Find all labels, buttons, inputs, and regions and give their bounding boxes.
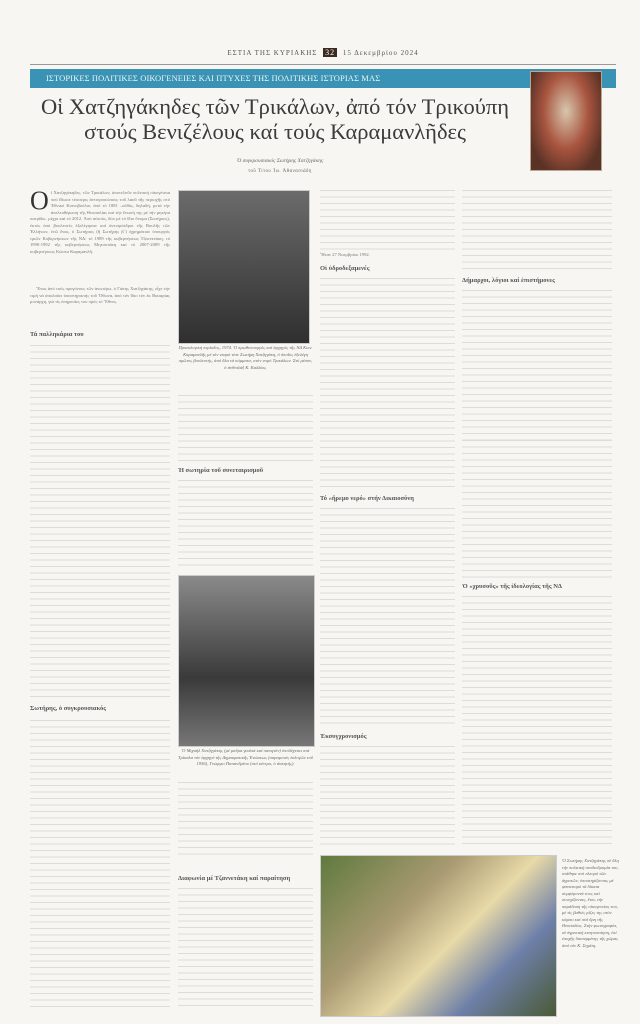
subhead-modernization: Ἐκσυγχρονισμός xyxy=(320,734,455,741)
photo-1956 xyxy=(178,575,315,747)
photo-caption-1974: Προεκλογική περίοδος, 1974. Ὁ πρωθυπουργ… xyxy=(178,345,313,371)
body-text-col4 xyxy=(462,190,612,270)
subhead-tzannetakis: Διαφωνία μέ Τζαννετάκη καί παραίτηση xyxy=(178,876,313,883)
subhead-palikaria: Τά παλληκάρια του xyxy=(30,332,170,339)
subhead-reservoirs: Οἱ ὑδροδεξαμενές xyxy=(320,266,455,273)
body-text-col4c xyxy=(462,440,612,580)
body-text-col2 xyxy=(178,395,313,463)
subhead-wrap-8: Δήμαρχοι, λόγιοι καί ἐπιστήμονες xyxy=(462,272,612,286)
body-text-col3c xyxy=(320,508,455,726)
publication-name: ΕΣΤΙΑ ΤΗΣ ΚΥΡΙΑΚΗΣ xyxy=(227,49,317,57)
body-text-col1 xyxy=(30,345,170,700)
date-line: Ἦταν 27 Νοεμβρίου 1992. xyxy=(320,252,370,257)
body-text-col2b xyxy=(178,480,313,570)
photo-field-protest xyxy=(320,855,557,1017)
body-text-col3d xyxy=(320,746,455,846)
headline: Οἱ Χατζηγάκηδες τῶν Τρικάλων, ἀπό τόν Τρ… xyxy=(30,94,520,144)
subhead-sotiris: Σωτήρης, ὁ συγκρουσιακός xyxy=(30,706,170,713)
body-text-col2c xyxy=(178,782,313,860)
subhead-mayors: Δήμαρχοι, λόγιοι καί ἐπιστήμονες xyxy=(462,278,612,285)
body-text-col4b xyxy=(462,290,612,440)
subhead-wrap-9: Ὁ «χρυσοῦς» τῆς ἰδεολογίας τῆς ΝΔ xyxy=(462,578,612,592)
drop-cap: Ο xyxy=(30,190,49,212)
subhead-wrap-1: Τά παλληκάρια του xyxy=(30,326,170,340)
issue-date: 15 Δεκεμβρίου 2024 xyxy=(343,49,419,57)
lead-paragraph: ἱ Χατζηγάκηδες, τῶν Τρικάλων, ἀποτελοῦν … xyxy=(30,190,170,254)
date-line-wrap: Ἦταν 27 Νοεμβρίου 1992. xyxy=(320,252,455,260)
photo-caption-field: Ὁ Σωτήρης Χατζηγάκης σέ ὅλη τήν πολιτική… xyxy=(562,858,622,949)
subhead-wrap-7: Ἐκσυγχρονισμός xyxy=(320,728,455,742)
subhead-wrap-4: Διαφωνία μέ Τζαννετάκη καί παραίτηση xyxy=(178,870,313,884)
body-text-col3 xyxy=(320,190,455,250)
photo-1974 xyxy=(178,190,310,344)
newspaper-page: ΕΣΤΙΑ ΤΗΣ ΚΥΡΙΑΚΗΣ 32 15 Δεκεμβρίου 2024… xyxy=(30,0,616,1024)
body-text-col2d xyxy=(178,888,313,1010)
masthead: ΕΣΤΙΑ ΤΗΣ ΚΥΡΙΑΚΗΣ 32 15 Δεκεμβρίου 2024 xyxy=(30,48,616,62)
body-text-col4d xyxy=(462,596,612,846)
body-text-col1b xyxy=(30,720,170,1010)
headline-line-1: Οἱ Χατζηγάκηδες τῶν Τρικάλων, ἀπό τόν Τρ… xyxy=(30,94,520,119)
body-text-col3b xyxy=(320,278,455,488)
subhead-wrap-6: Τό «ἥρεμο νερό» στήν Δικαιοσύνη xyxy=(320,490,455,504)
subhead-wrap-5: Οἱ ὑδροδεξαμενές xyxy=(320,260,455,274)
column-1-para2: Ἕνας ἀπό τούς προγόνους τῶν ἀνωτέρω, ὁ Γ… xyxy=(30,286,170,326)
subhead-wrap-3: Ἡ σωτηρία τοῦ συνεταιρισμοῦ xyxy=(178,462,313,476)
paragraph: Ἕνας ἀπό τούς προγόνους τῶν ἀνωτέρω, ὁ Γ… xyxy=(30,286,170,306)
deck: Ὁ συγκρουσιακός Σωτήρης Χατζηγάκης xyxy=(160,158,400,164)
photo-caption-1956: Ὁ Μιχαήλ Χατζηγάκης (μέ μαῦρα γυαλιά καί… xyxy=(178,748,313,768)
page-number: 32 xyxy=(323,48,337,57)
subhead-wrap-2: Σωτήρης, ὁ συγκρουσιακός xyxy=(30,700,170,714)
subhead-cooperative: Ἡ σωτηρία τοῦ συνεταιρισμοῦ xyxy=(178,468,313,475)
column-1-lead: Ο ἱ Χατζηγάκηδες, τῶν Τρικάλων, ἀποτελοῦ… xyxy=(30,190,170,284)
subhead-ideology: Ὁ «χρυσοῦς» τῆς ἰδεολογίας τῆς ΝΔ xyxy=(462,584,612,591)
headline-line-2: στούς Βενιζέλους καί τούς Καραμανλῆδες xyxy=(30,119,520,144)
byline: τοῦ Τίτου Ἰω. Ἀθανασιάδη xyxy=(160,169,400,174)
subhead-justice: Τό «ἥρεμο νερό» στήν Δικαιοσύνη xyxy=(320,496,455,503)
masthead-rule xyxy=(30,64,616,65)
banner-illustration xyxy=(530,71,602,171)
section-banner: ΙΣΤΟΡΙΚΕΣ ΠΟΛΙΤΙΚΕΣ ΟΙΚΟΓΕΝΕΙΕΣ ΚΑΙ ΠΤΥΧ… xyxy=(30,69,616,88)
